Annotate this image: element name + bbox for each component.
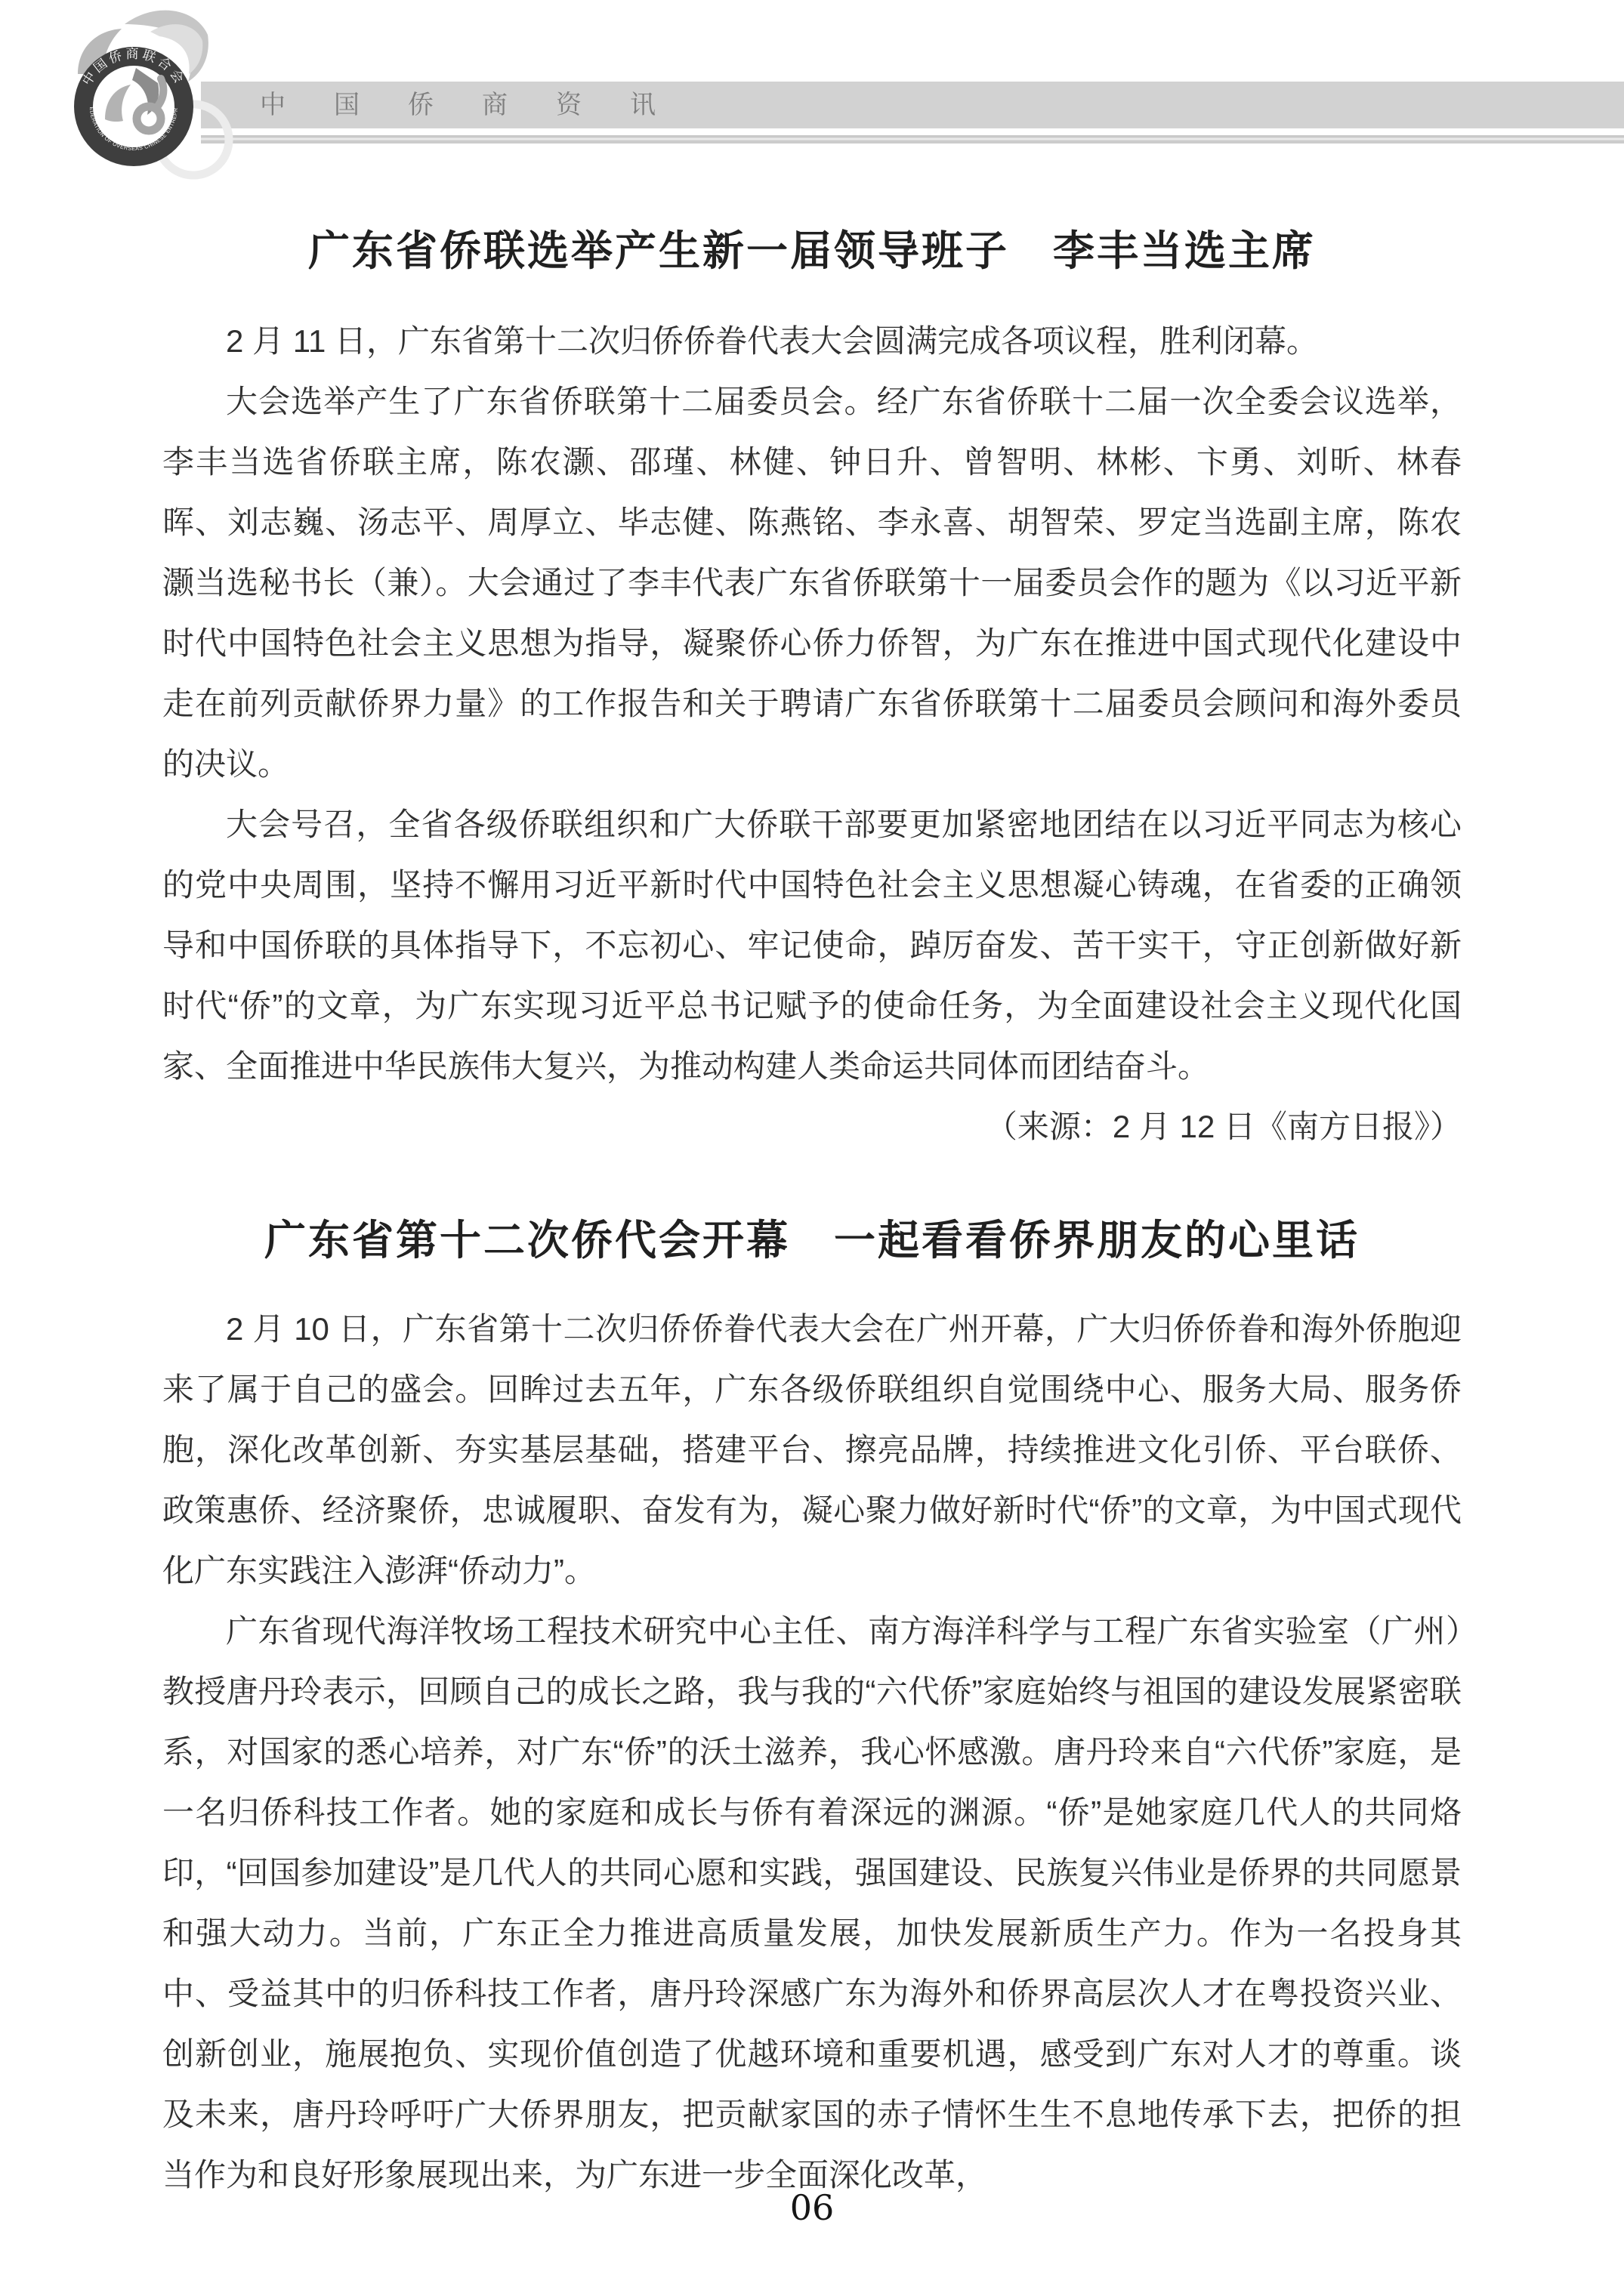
page-number: 06 xyxy=(0,2187,1624,2228)
article-2-paragraph-2: 广东省现代海洋牧场工程技术研究中心主任、南方海洋科学与工程广东省实验室（广州）教… xyxy=(162,1601,1462,2205)
article-1-paragraph-2: 大会选举产生了广东省侨联第十二届委员会。经广东省侨联十二届一次全委会议选举，李丰… xyxy=(162,372,1462,795)
article-1-paragraph-1: 2 月 11 日，广东省第十二次归侨侨眷代表大会圆满完成各项议程，胜利闭幕。 xyxy=(162,311,1462,372)
article-1-title: 广东省侨联选举产生新一届领导班子 李丰当选主席 xyxy=(162,224,1462,278)
article-1-source: （来源：2 月 12 日《南方日报》） xyxy=(162,1097,1462,1157)
article-2-paragraph-1: 2 月 10 日，广东省第十二次归侨侨眷代表大会在广州开幕，广大归侨侨眷和海外侨… xyxy=(162,1299,1462,1601)
page-content: 广东省侨联选举产生新一届领导班子 李丰当选主席 2 月 11 日，广东省第十二次… xyxy=(162,0,1462,2205)
newsletter-page: 中国侨商资讯 中国侨商联合会 xyxy=(0,0,1624,2293)
article-2: 广东省第十二次侨代会开幕 一起看看侨界朋友的心里话 2 月 10 日，广东省第十… xyxy=(162,1213,1462,2205)
article-1-paragraph-3: 大会号召，全省各级侨联组织和广大侨联干部要更加紧密地团结在以习近平同志为核心的党… xyxy=(162,795,1462,1097)
article-1: 广东省侨联选举产生新一届领导班子 李丰当选主席 2 月 11 日，广东省第十二次… xyxy=(162,224,1462,1157)
article-2-title: 广东省第十二次侨代会开幕 一起看看侨界朋友的心里话 xyxy=(162,1213,1462,1267)
